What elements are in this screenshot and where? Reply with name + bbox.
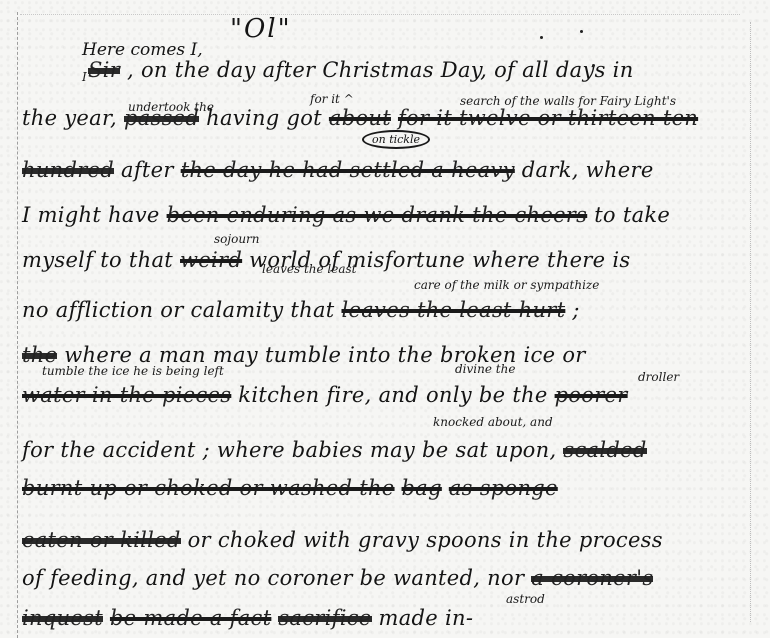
struck-text: eaten or killed bbox=[22, 528, 181, 552]
struck-text: poorer bbox=[555, 383, 628, 407]
manuscript-line: the year, passed having got about for it… bbox=[22, 108, 698, 129]
manuscript-salutation: Here comes I, bbox=[82, 40, 203, 60]
manuscript-line: no affliction or calamity that leaves th… bbox=[22, 300, 580, 321]
line-text: for the accident ; where babies may be s… bbox=[22, 438, 563, 462]
line-text: dark, where bbox=[515, 158, 654, 182]
manuscript-line: eaten or killed or choked with gravy spo… bbox=[22, 530, 663, 551]
manuscript-page: "Ol" Here comes I, Sir , on the day afte… bbox=[0, 0, 770, 638]
line-text bbox=[391, 106, 398, 130]
struck-text: about bbox=[329, 106, 391, 130]
line-text: or bbox=[555, 343, 585, 367]
page-right-edge bbox=[750, 22, 752, 622]
manuscript-line: Sir , on the day after Christmas Day, of… bbox=[88, 60, 634, 81]
circled-insertion: on tickle bbox=[362, 130, 430, 149]
interlinear-insertion: search of the walls for Fairy Light's bbox=[460, 94, 676, 108]
struck-text: Sir bbox=[88, 58, 120, 82]
manuscript-line: for the accident ; where babies may be s… bbox=[22, 440, 647, 461]
line-text: after bbox=[114, 158, 181, 182]
line-text bbox=[103, 606, 110, 630]
struck-text: sacrifice bbox=[278, 606, 371, 630]
line-text: , on the day after Christmas Day, of all… bbox=[120, 58, 633, 82]
line-text: of feeding, and yet no coroner be wanted… bbox=[22, 566, 531, 590]
struck-text: bag bbox=[402, 476, 442, 500]
line-text: I might have bbox=[22, 203, 167, 227]
line-text: kitchen fire, and only be the bbox=[231, 383, 554, 407]
manuscript-line: hundred after the day he had settled a h… bbox=[22, 160, 654, 181]
line-text: myself to that bbox=[22, 248, 180, 272]
interlinear-insertion: for it ^ bbox=[310, 92, 354, 106]
line-text: the year, bbox=[22, 106, 124, 130]
interlinear-insertion: sojourn bbox=[214, 232, 260, 246]
interlinear-insertion: I bbox=[82, 70, 87, 84]
manuscript-line: of feeding, and yet no coroner be wanted… bbox=[22, 568, 653, 589]
interlinear-insertion: droller bbox=[638, 370, 679, 384]
struck-text: the day he had settled a heavy bbox=[181, 158, 515, 182]
interlinear-insertion: astrod bbox=[506, 592, 545, 606]
struck-text: been enduring as we drank the cheers bbox=[167, 203, 588, 227]
line-text: or choked with gravy spoons in the proce… bbox=[181, 528, 663, 552]
interlinear-insertion: leaves the least bbox=[262, 262, 357, 276]
struck-text: be made a fact bbox=[110, 606, 271, 630]
line-text bbox=[442, 476, 449, 500]
interlinear-insertion: care of the milk or sympathize bbox=[414, 278, 599, 292]
line-text: no affliction or calamity that bbox=[22, 298, 341, 322]
struck-text: hundred bbox=[22, 158, 114, 182]
interlinear-insertion: undertook the bbox=[128, 100, 214, 114]
struck-text: scalded bbox=[563, 438, 646, 462]
struck-text: for it twelve or thirteen ten bbox=[398, 106, 698, 130]
line-text bbox=[395, 476, 402, 500]
struck-text: a coroner's bbox=[531, 566, 653, 590]
manuscript-line: I might have been enduring as we drank t… bbox=[22, 205, 670, 226]
struck-text: as sponge bbox=[449, 476, 558, 500]
ink-speck bbox=[540, 36, 543, 39]
manuscript-heading: "Ol" bbox=[230, 14, 292, 44]
page-top-edge bbox=[20, 14, 740, 16]
manuscript-line: water in the pieces kitchen fire, and on… bbox=[22, 385, 628, 406]
struck-text: leaves the least hurt bbox=[341, 298, 565, 322]
struck-text: burnt up or choked or washed the bbox=[22, 476, 395, 500]
line-text: having got bbox=[199, 106, 329, 130]
line-text: to take bbox=[587, 203, 670, 227]
struck-text: water in the pieces bbox=[22, 383, 231, 407]
left-margin-rule bbox=[17, 12, 19, 638]
interlinear-insertion: knocked about, and bbox=[433, 415, 553, 429]
struck-text: inquest bbox=[22, 606, 103, 630]
manuscript-line: inquest be made a fact sacrifice made in… bbox=[22, 608, 473, 629]
ink-speck bbox=[592, 64, 595, 67]
interlinear-insertion: divine the bbox=[455, 362, 515, 376]
ink-speck bbox=[580, 30, 583, 33]
manuscript-line: burnt up or choked or washed the bag as … bbox=[22, 478, 558, 499]
interlinear-insertion: tumble the ice he is being left bbox=[42, 364, 224, 378]
line-text: made in- bbox=[372, 606, 474, 630]
line-text: ; bbox=[565, 298, 579, 322]
struck-text: weird bbox=[180, 248, 242, 272]
